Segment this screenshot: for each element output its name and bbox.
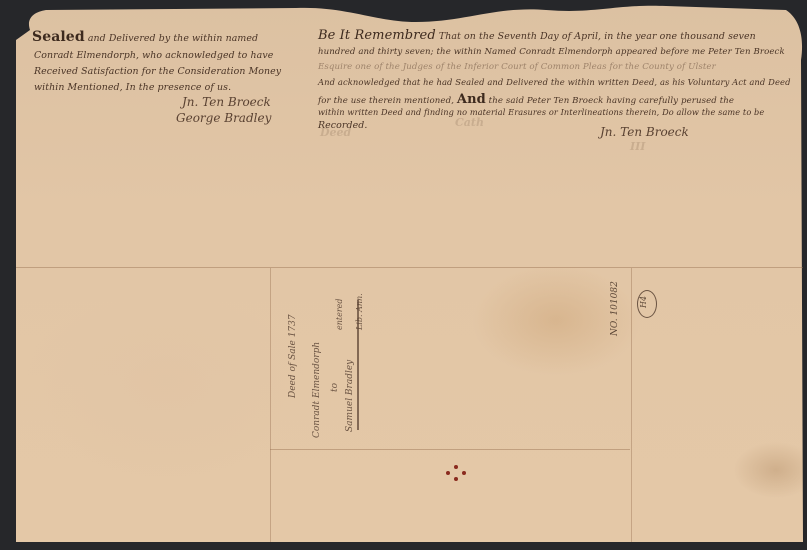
and-word: And [457, 92, 486, 107]
signature-bradley: George Bradley [176, 111, 271, 125]
text-line: within Mentioned, In the presence of us. [34, 82, 231, 93]
circled-mark-text: H4 [639, 296, 648, 308]
docket-line: Samuel Bradley [345, 360, 355, 432]
text-line: for the use therein mentioned, [318, 96, 454, 106]
docket-line: Conradt Elmendorph [312, 342, 322, 438]
text-line: Esquire one of the Judges of the Inferio… [318, 62, 716, 72]
text-line: Conradt Elmendorph, who acknowledged to … [34, 50, 273, 61]
text-line: within written Deed and finding no mater… [318, 107, 764, 117]
seal-dot [454, 465, 458, 469]
signature-ten-broeck: Jn. Ten Broeck [182, 95, 271, 109]
bleed-through-word: Cath [455, 116, 484, 129]
text-line: And acknowledged that he had Sealed and … [318, 77, 791, 87]
docket-line: entered [335, 298, 344, 330]
seal-dot [462, 471, 466, 475]
seal-dot [454, 477, 458, 481]
text-line: the said Peter Ten Broeck having careful… [489, 96, 734, 106]
right-panel-fold [631, 268, 632, 542]
docket-brace [357, 300, 359, 430]
text-line: hundred and thirty seven; the within Nam… [318, 47, 785, 57]
text-line: That on the Seventh Day of April, in the… [439, 31, 756, 42]
text-line: Received Satisfaction for the Considerat… [34, 66, 281, 77]
lower-fold-line [270, 449, 630, 450]
text-line: and Delivered by the within named [88, 33, 258, 44]
seal-dot [446, 471, 450, 475]
sealed-heading: Sealed [32, 29, 85, 45]
signature-ten-broeck: Jn. Ten Broeck [600, 125, 689, 139]
bleed-through-word: III [630, 140, 645, 153]
horizontal-fold-line [16, 267, 803, 268]
text-line: Recorded. [318, 120, 367, 131]
remembred-heading: Be It Remembred [318, 28, 436, 43]
docket-line: Deed of Sale 1737 [288, 314, 298, 398]
docket-line: to [330, 383, 340, 392]
catalog-number: NO. 101082 [610, 281, 620, 336]
left-panel-fold [270, 268, 271, 542]
